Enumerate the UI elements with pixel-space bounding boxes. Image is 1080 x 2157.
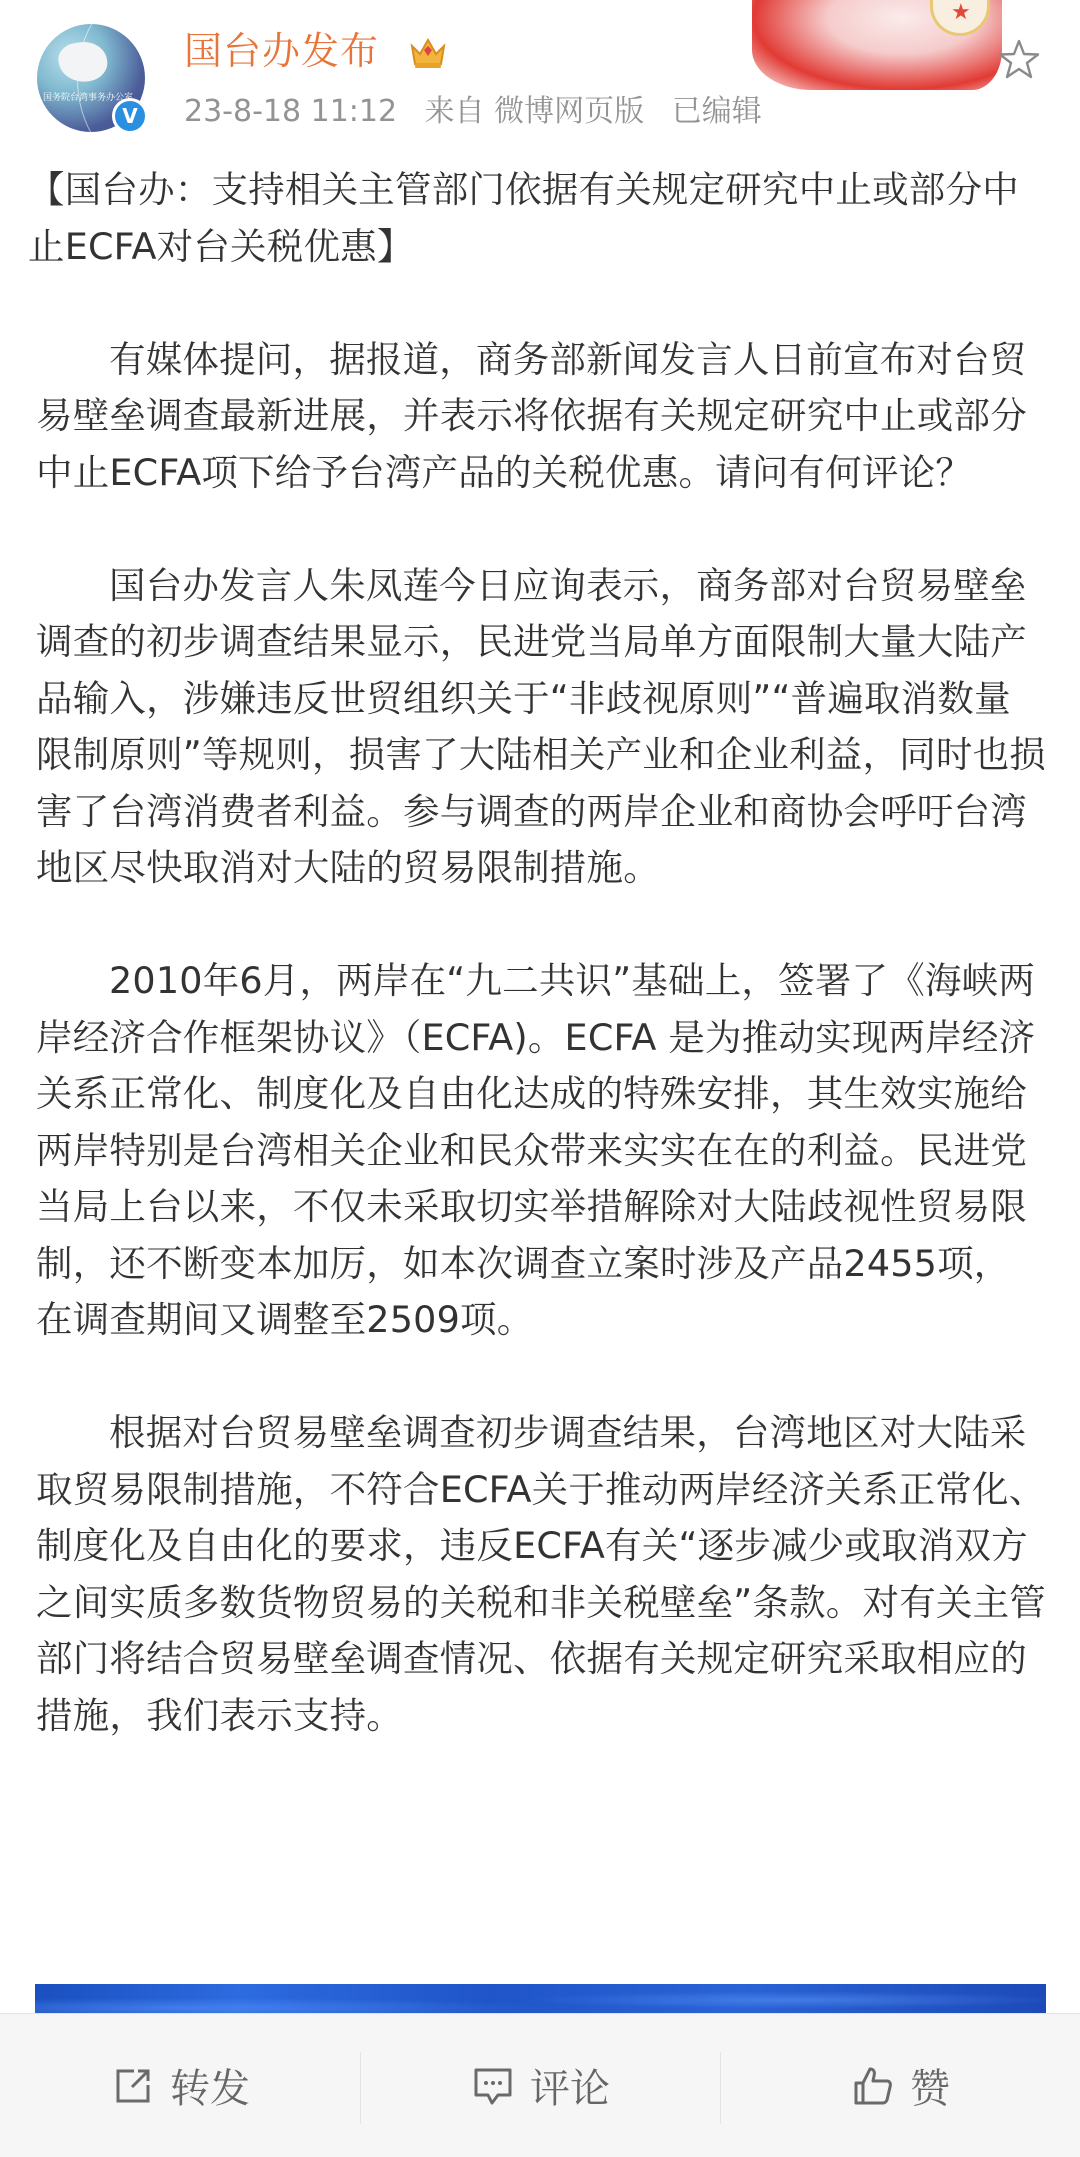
post-title: 【国台办：支持相关主管部门依据有关规定研究中止或部分中止ECFA对台关税优惠】: [28, 162, 1046, 275]
post-body: 【国台办：支持相关主管部门依据有关规定研究中止或部分中止ECFA对台关税优惠】 …: [36, 162, 1046, 1744]
edited-label[interactable]: 已编辑: [672, 94, 762, 129]
post-source: 来自 微博网页版: [425, 94, 645, 129]
post-paragraph: 有媒体提问，据报道，商务部新闻发言人日前宣布对台贸易壁垒调查最新进展，并表示将依…: [36, 332, 1046, 502]
post-header: 国务院台湾事务办公室 V 国台办发布 23-8-18 11:12 来自 微博网页…: [0, 0, 1080, 150]
author-name[interactable]: 国台办发布: [184, 26, 379, 76]
like-label: 赞: [910, 2057, 950, 2114]
national-emblem-icon: [930, 0, 990, 36]
comment-icon: [470, 2063, 516, 2109]
post-paragraph: 国台办发言人朱凤莲今日应询表示，商务部对台贸易壁垒调查的初步调查结果显示，民进党…: [36, 558, 1046, 897]
thumbs-up-icon: [850, 2063, 896, 2109]
repost-icon: [110, 2063, 156, 2109]
verified-badge-icon: V: [112, 98, 148, 134]
paragraph-gap: [36, 275, 1046, 332]
action-bar: 转发 评论 赞: [0, 2013, 1080, 2157]
paragraph-gap: [36, 501, 1046, 558]
like-button[interactable]: 赞: [720, 2014, 1080, 2157]
star-outline-icon[interactable]: [996, 36, 1042, 82]
repost-button[interactable]: 转发: [0, 2014, 360, 2157]
crown-icon: [408, 34, 448, 70]
repost-label: 转发: [170, 2057, 250, 2114]
post-paragraph: 2010年6月，两岸在“九二共识”基础上，签署了《海峡两岸经济合作框架协议》（E…: [36, 953, 1046, 1349]
post-paragraph: 根据对台贸易壁垒调查初步调查结果，台湾地区对大陆采取贸易限制措施，不符合ECFA…: [36, 1405, 1046, 1744]
paragraph-gap: [36, 1349, 1046, 1406]
paragraph-gap: [36, 897, 1046, 954]
comment-label: 评论: [530, 2057, 610, 2114]
post-timestamp: 23-8-18 11:12: [184, 94, 397, 129]
post-meta: 23-8-18 11:12 来自 微博网页版 已编辑: [184, 92, 780, 132]
comment-button[interactable]: 评论: [360, 2014, 720, 2157]
header-decoration-banner: [752, 0, 1002, 90]
